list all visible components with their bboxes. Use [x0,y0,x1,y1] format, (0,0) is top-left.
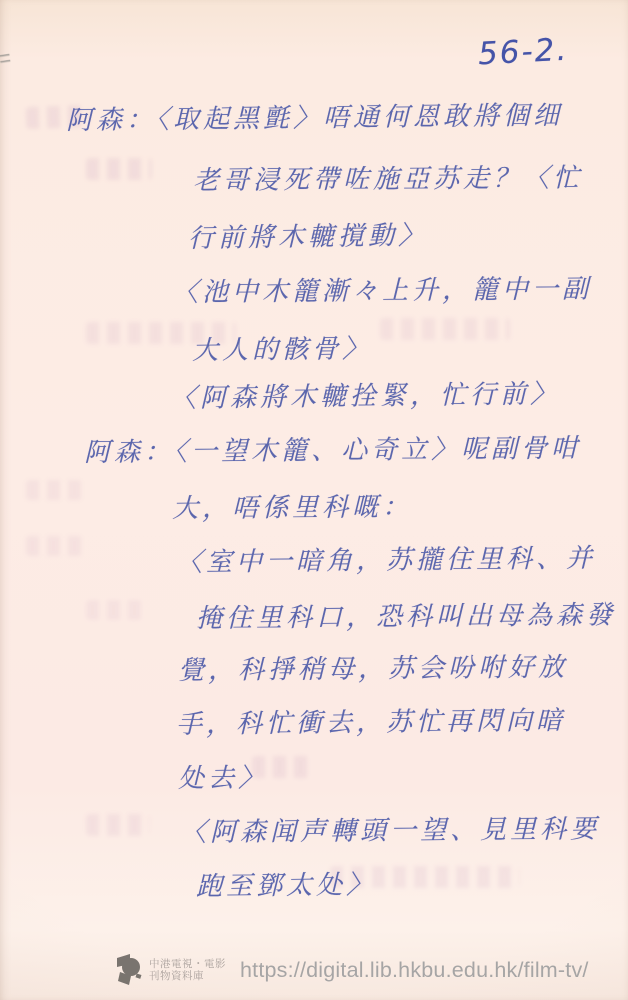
manuscript-line: 行前將木轆撹動〉 [188,215,429,255]
studio-light-logo-icon [116,954,143,986]
bleed-through-mark [380,318,510,340]
manuscript-line: 〈阿森將木轆拴緊，忙行前〉 [170,373,560,415]
source-url: https://digital.lib.hkbu.edu.hk/film-tv/ [240,958,589,983]
manuscript-line: 老哥浸死帶咗施亞苏走？〈忙 [193,157,583,197]
library-name-line1: 中港電視・電影 [149,958,226,970]
manuscript-line: 跑至鄧太处〉 [196,864,376,903]
bleed-through-mark [26,480,82,500]
library-name-label: 中港電視・電影 刊物資料庫 [149,958,226,982]
manuscript-line: 阿森：〈取起黑氈〉唔通何恩敢將個细 [66,95,563,137]
manuscript-line: 掩住里科口，恐科叫出母為森發 [196,594,616,635]
footer-watermark: 中港電視・電影 刊物資料庫 https://digital.lib.hkbu.e… [116,948,589,992]
manuscript-line: 〈室中一暗角，苏攏住里科、并 [176,538,596,579]
bleed-through-mark [86,158,152,180]
library-name-line2: 刊物資料庫 [149,970,226,982]
scan-edge-artifact [0,51,11,66]
manuscript-line: 〈阿森闻声轉頭一望、見里科要 [180,808,600,849]
manuscript-line: 大人的骸骨〉 [192,328,372,367]
manuscript-line: 手，科忙衝去，苏忙再閃向暗 [176,700,566,741]
bleed-through-mark [86,814,150,836]
manuscript-line: 覺，科掙稍母，苏会吩咐好放 [178,647,568,687]
manuscript-line: 大，唔係里科嘅： [172,486,412,525]
bleed-through-mark [86,600,142,620]
manuscript-line: 处去〉 [178,757,268,795]
page-number: 56-2. [477,32,569,73]
manuscript-line: 阿森：〈一望木籠、心奇立〉呢副骨咁 [84,428,581,469]
manuscript-line: 〈池中木籠漸々上升，籠中一副 [172,268,592,309]
bleed-through-mark [26,536,82,556]
scanned-script-page: 56-2. 阿森：〈取起黑氈〉唔通何恩敢將個细 老哥浸死帶咗施亞苏走？〈忙 行前… [0,0,628,1000]
